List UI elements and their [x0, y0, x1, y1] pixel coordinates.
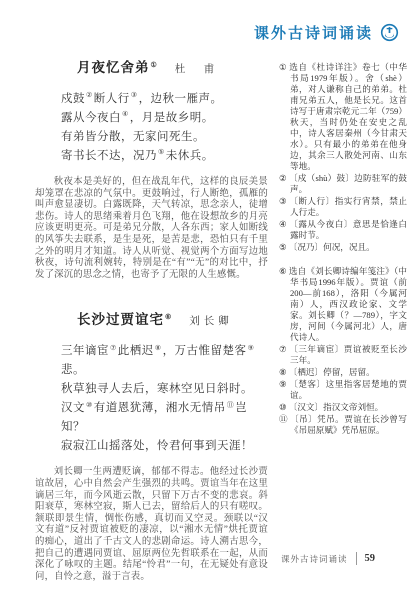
note-item: ⑧〔栖迟〕停留，居留。	[279, 367, 407, 378]
poem-section: 月夜忆舍弟①杜 甫戍鼓②断人行③，边秋一雁声。露从今夜白④，月是故乡明。有弟皆分…	[35, 56, 268, 281]
note-text: 〔吊〕凭吊。贾谊在长沙曾写《吊屈原赋》凭吊屈原。	[290, 414, 407, 435]
note-item: ⑤〔况乃〕何况，况且。	[279, 242, 407, 253]
note-reference: ⑪	[227, 401, 235, 409]
note-item: ①选自《杜诗详注》卷七（中华书局1979年版）。舍（shè）弟，对人谦称自己的弟…	[279, 62, 407, 172]
poem-author: 刘长卿	[189, 316, 233, 327]
note-item: ⑨〔楚客〕这里指客居楚地的贾谊。	[279, 379, 407, 401]
note-reference: ⑩	[86, 401, 93, 409]
note-reference: ④	[122, 110, 129, 118]
note-number: ②	[279, 173, 287, 183]
note-text: 〔露从今夜白〕意思是恰逢白露时节。	[289, 219, 407, 240]
poem-line: 有弟皆分散，无家问死生。	[61, 128, 268, 147]
poem-commentary: 秋夜本是美好的，但在战乱年代，这样的良辰美景却笼罩在悲凉的气氛中。更鼓响过，行人…	[35, 177, 268, 281]
poem-line: 秋草独寻人去后，寒林空见日斜时。	[61, 380, 268, 399]
note-number: ①	[279, 62, 287, 72]
poem-head: 月夜忆舍弟①杜 甫	[77, 56, 268, 77]
note-number: ⑨	[279, 379, 287, 389]
note-item: ⑦〔三年谪宦〕贾谊被贬至长沙三年。	[279, 344, 407, 366]
poem-title: 长沙过贾谊宅⑥	[77, 312, 173, 327]
poem-lines: 三年谪宦⑦此栖迟⑧，万古惟留楚客⑨悲。秋草独寻人去后，寒林空见日斜时。汉文⑩有道…	[61, 342, 268, 456]
poem-head: 长沙过贾谊宅⑥刘长卿	[77, 308, 268, 329]
note-number: ⑪	[279, 414, 288, 424]
note-number: ④	[279, 219, 287, 229]
note-reference: ⑨	[248, 344, 255, 352]
poem-commentary: 刘长卿一生两遭贬谪，郁郁不得志。他经过长沙贾谊故居，心中自然会产生强烈的共鸣。贾…	[35, 467, 268, 583]
note-text: 〔栖迟〕停留，居留。	[289, 367, 375, 377]
note-item: ⑥选自《刘长卿诗编年笺注》（中华书局1996年版）。贾谊（前200—前168），…	[279, 266, 407, 343]
poem-section: 长沙过贾谊宅⑥刘长卿三年谪宦⑦此栖迟⑧，万古惟留楚客⑨悲。秋草独寻人去后，寒林空…	[35, 308, 268, 583]
note-item: ②〔戍（shù）鼓〕边防驻军的鼓声。	[279, 173, 407, 195]
poem-line: 露从今夜白④，月是故乡明。	[61, 109, 268, 128]
poem-line: 三年谪宦⑦此栖迟⑧，万古惟留楚客⑨悲。	[61, 342, 268, 380]
poem-title: 月夜忆舍弟①	[77, 60, 159, 75]
poem-line: 寂寂江山摇落处，怜君何事到天涯！	[61, 437, 268, 456]
footer-section-label: 课外古诗词诵读	[281, 553, 348, 565]
note-item: ⑪〔吊〕凭吊。贾谊在长沙曾写《吊屈原赋》凭吊屈原。	[279, 414, 407, 436]
poem-line: 戍鼓②断人行③，边秋一雁声。	[61, 90, 268, 109]
poem-line: 汉文⑩有道恩犹薄，湘水无情吊⑪岂知？	[61, 399, 268, 437]
note-text: 选自《杜诗详注》卷七（中华书局1979年版）。舍（shè）弟，对人谦称自己的弟弟…	[289, 62, 407, 171]
note-text: 〔戍（shù）鼓〕边防驻军的鼓声。	[289, 173, 407, 194]
note-item: ⑩〔汉文〕指汉文帝刘恒。	[279, 402, 407, 413]
note-reference: ⑤	[158, 148, 165, 156]
note-text: 〔楚客〕这里指客居楚地的贾谊。	[289, 379, 407, 400]
note-text: 〔三年谪宦〕贾谊被贬至长沙三年。	[289, 344, 407, 365]
poem-line: 寄书长不达，况乃⑤未休兵。	[61, 147, 268, 166]
note-reference: ③	[131, 91, 138, 99]
note-text: 选自《刘长卿诗编年笺注》（中华书局1996年版）。贾谊（前200—前168），洛…	[289, 266, 407, 342]
notes-column: ①选自《杜诗详注》卷七（中华书局1979年版）。舍（shè）弟，对人谦称自己的弟…	[279, 62, 407, 437]
note-number: ⑧	[279, 367, 287, 377]
poem-lines: 戍鼓②断人行③，边秋一雁声。露从今夜白④，月是故乡明。有弟皆分散，无家问死生。寄…	[61, 90, 268, 166]
note-item: ④〔露从今夜白〕意思是恰逢白露时节。	[279, 219, 407, 241]
note-reference: ①	[151, 61, 158, 69]
note-reference: ⑦	[110, 344, 117, 352]
page-header: 课外古诗词诵读	[254, 22, 399, 43]
poems: 月夜忆舍弟①杜 甫戍鼓②断人行③，边秋一雁声。露从今夜白④，月是故乡明。有弟皆分…	[35, 56, 268, 583]
note-item: ③〔断人行〕指实行宵禁，禁止人行走。	[279, 196, 407, 218]
page-footer: 课外古诗词诵读 59	[281, 552, 375, 565]
poem-author: 杜 甫	[175, 64, 219, 75]
note-number: ⑦	[279, 344, 287, 354]
page-number: 59	[365, 553, 376, 564]
note-number: ⑥	[279, 266, 287, 276]
note-number: ⑩	[279, 402, 287, 412]
note-number: ⑤	[279, 242, 287, 252]
unit-badge-icon	[380, 23, 399, 42]
note-text: 〔况乃〕何况，况且。	[289, 242, 375, 252]
note-reference: ⑧	[155, 344, 162, 352]
note-reference: ②	[86, 91, 93, 99]
note-number: ③	[279, 196, 287, 206]
footer-divider	[356, 552, 357, 565]
note-text: 〔汉文〕指汉文帝刘恒。	[289, 402, 384, 412]
note-text: 〔断人行〕指实行宵禁，禁止人行走。	[289, 196, 407, 217]
note-reference: ⑥	[165, 313, 172, 321]
page-title: 课外古诗词诵读	[254, 22, 373, 43]
